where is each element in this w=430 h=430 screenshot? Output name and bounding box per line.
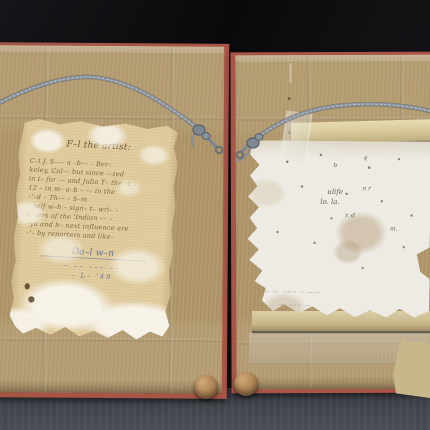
- paper-fragment: lo. la.: [320, 198, 339, 206]
- wooden-peg-right: [234, 372, 258, 396]
- wood-slat-bottom: [252, 311, 430, 334]
- paper-fragment: 4: [364, 155, 368, 162]
- nail-hole: [288, 97, 291, 100]
- paper-fragment: ulife: [327, 188, 343, 196]
- kraft-crease: [0, 337, 222, 343]
- signature-line: Da–l w–n: [40, 246, 145, 261]
- photo-backs-of-two-frames: F–l the artist: C–l J. S––– a –b–– – Ber…: [0, 0, 430, 430]
- paper-fragment: m.: [390, 225, 398, 232]
- paper-fragment: r. d: [345, 212, 355, 219]
- paper-fragment: n r: [362, 185, 371, 192]
- signature-block: Da–l w–n – –– ––– –– – L– '49: [24, 245, 161, 284]
- scratch-mark: [289, 63, 291, 83]
- artist-label: F–l the artist: C–l J. S––– a –b–– – Ber…: [9, 118, 180, 341]
- artist-label-text: F–l the artist: C–l J. S––– a –b–– – Ber…: [9, 118, 180, 341]
- paper-fragment: b: [334, 162, 338, 169]
- wooden-peg-left: [194, 375, 218, 399]
- paper-fragment: –– — –—– – ——: [261, 288, 321, 296]
- white-backing-paper: b 4 ulife lo. la. n r r. d m. –– — –—– –…: [243, 140, 430, 318]
- kraft-crease: [0, 115, 224, 121]
- label-title: F–l the artist:: [30, 139, 166, 155]
